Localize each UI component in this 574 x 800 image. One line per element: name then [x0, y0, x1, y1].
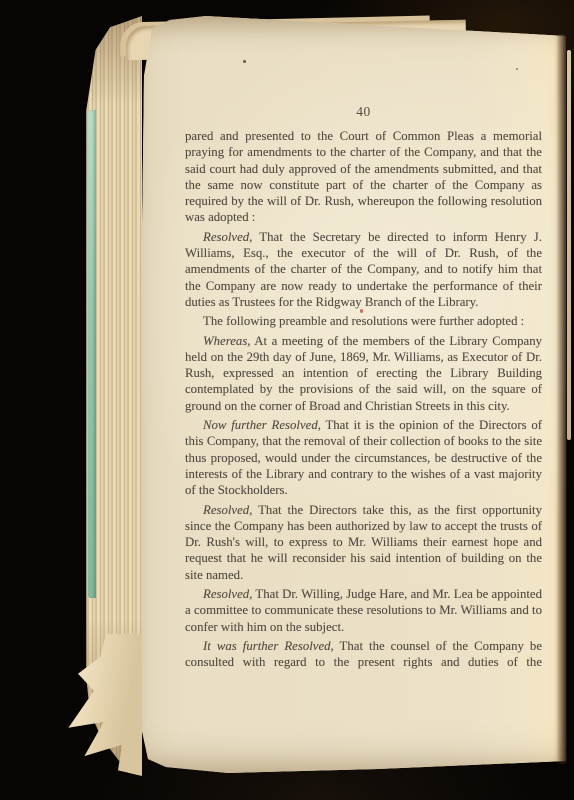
- paper-speck: [516, 68, 518, 70]
- paragraph-lead-italic: Now further Resolved,: [203, 418, 321, 432]
- paragraph-lead-italic: It was further Resolved,: [203, 639, 334, 653]
- paper-speck: [243, 60, 246, 63]
- paragraph: Resolved, That the Directors take this, …: [185, 502, 542, 583]
- page-number: 40: [185, 104, 542, 120]
- paragraph-body: The following preamble and resolutions w…: [203, 314, 524, 328]
- book-page: 40 pared and presented to the Court of C…: [118, 16, 566, 774]
- paragraph: Whereas, At a meeting of the members of …: [185, 333, 542, 414]
- paragraph-body: pared and presented to the Court of Comm…: [185, 129, 542, 224]
- gutter-crease-shadow: [556, 34, 567, 764]
- next-page-edge-sliver: [567, 50, 571, 440]
- paragraph: Resolved, That the Secretary be directed…: [185, 229, 542, 310]
- green-page-edge: [88, 110, 96, 598]
- torn-page-corner: [62, 634, 142, 776]
- photo-background: 40 pared and presented to the Court of C…: [0, 0, 574, 800]
- paragraph: pared and presented to the Court of Comm…: [185, 128, 542, 226]
- paragraph-lead-italic: Resolved,: [203, 503, 252, 517]
- paragraph: Resolved, That Dr. Willing, Judge Hare, …: [185, 586, 542, 635]
- page-text: pared and presented to the Court of Comm…: [185, 128, 542, 674]
- paragraph-lead-italic: Resolved,: [203, 230, 252, 244]
- paragraph: It was further Resolved, That the counse…: [185, 638, 542, 671]
- paragraph-lead-italic: Whereas,: [203, 334, 251, 348]
- paragraph: Now further Resolved, That it is the opi…: [185, 417, 542, 498]
- paper-speck: [360, 309, 363, 313]
- paragraph: The following preamble and resolutions w…: [185, 313, 542, 329]
- paragraph-lead-italic: Resolved,: [203, 587, 252, 601]
